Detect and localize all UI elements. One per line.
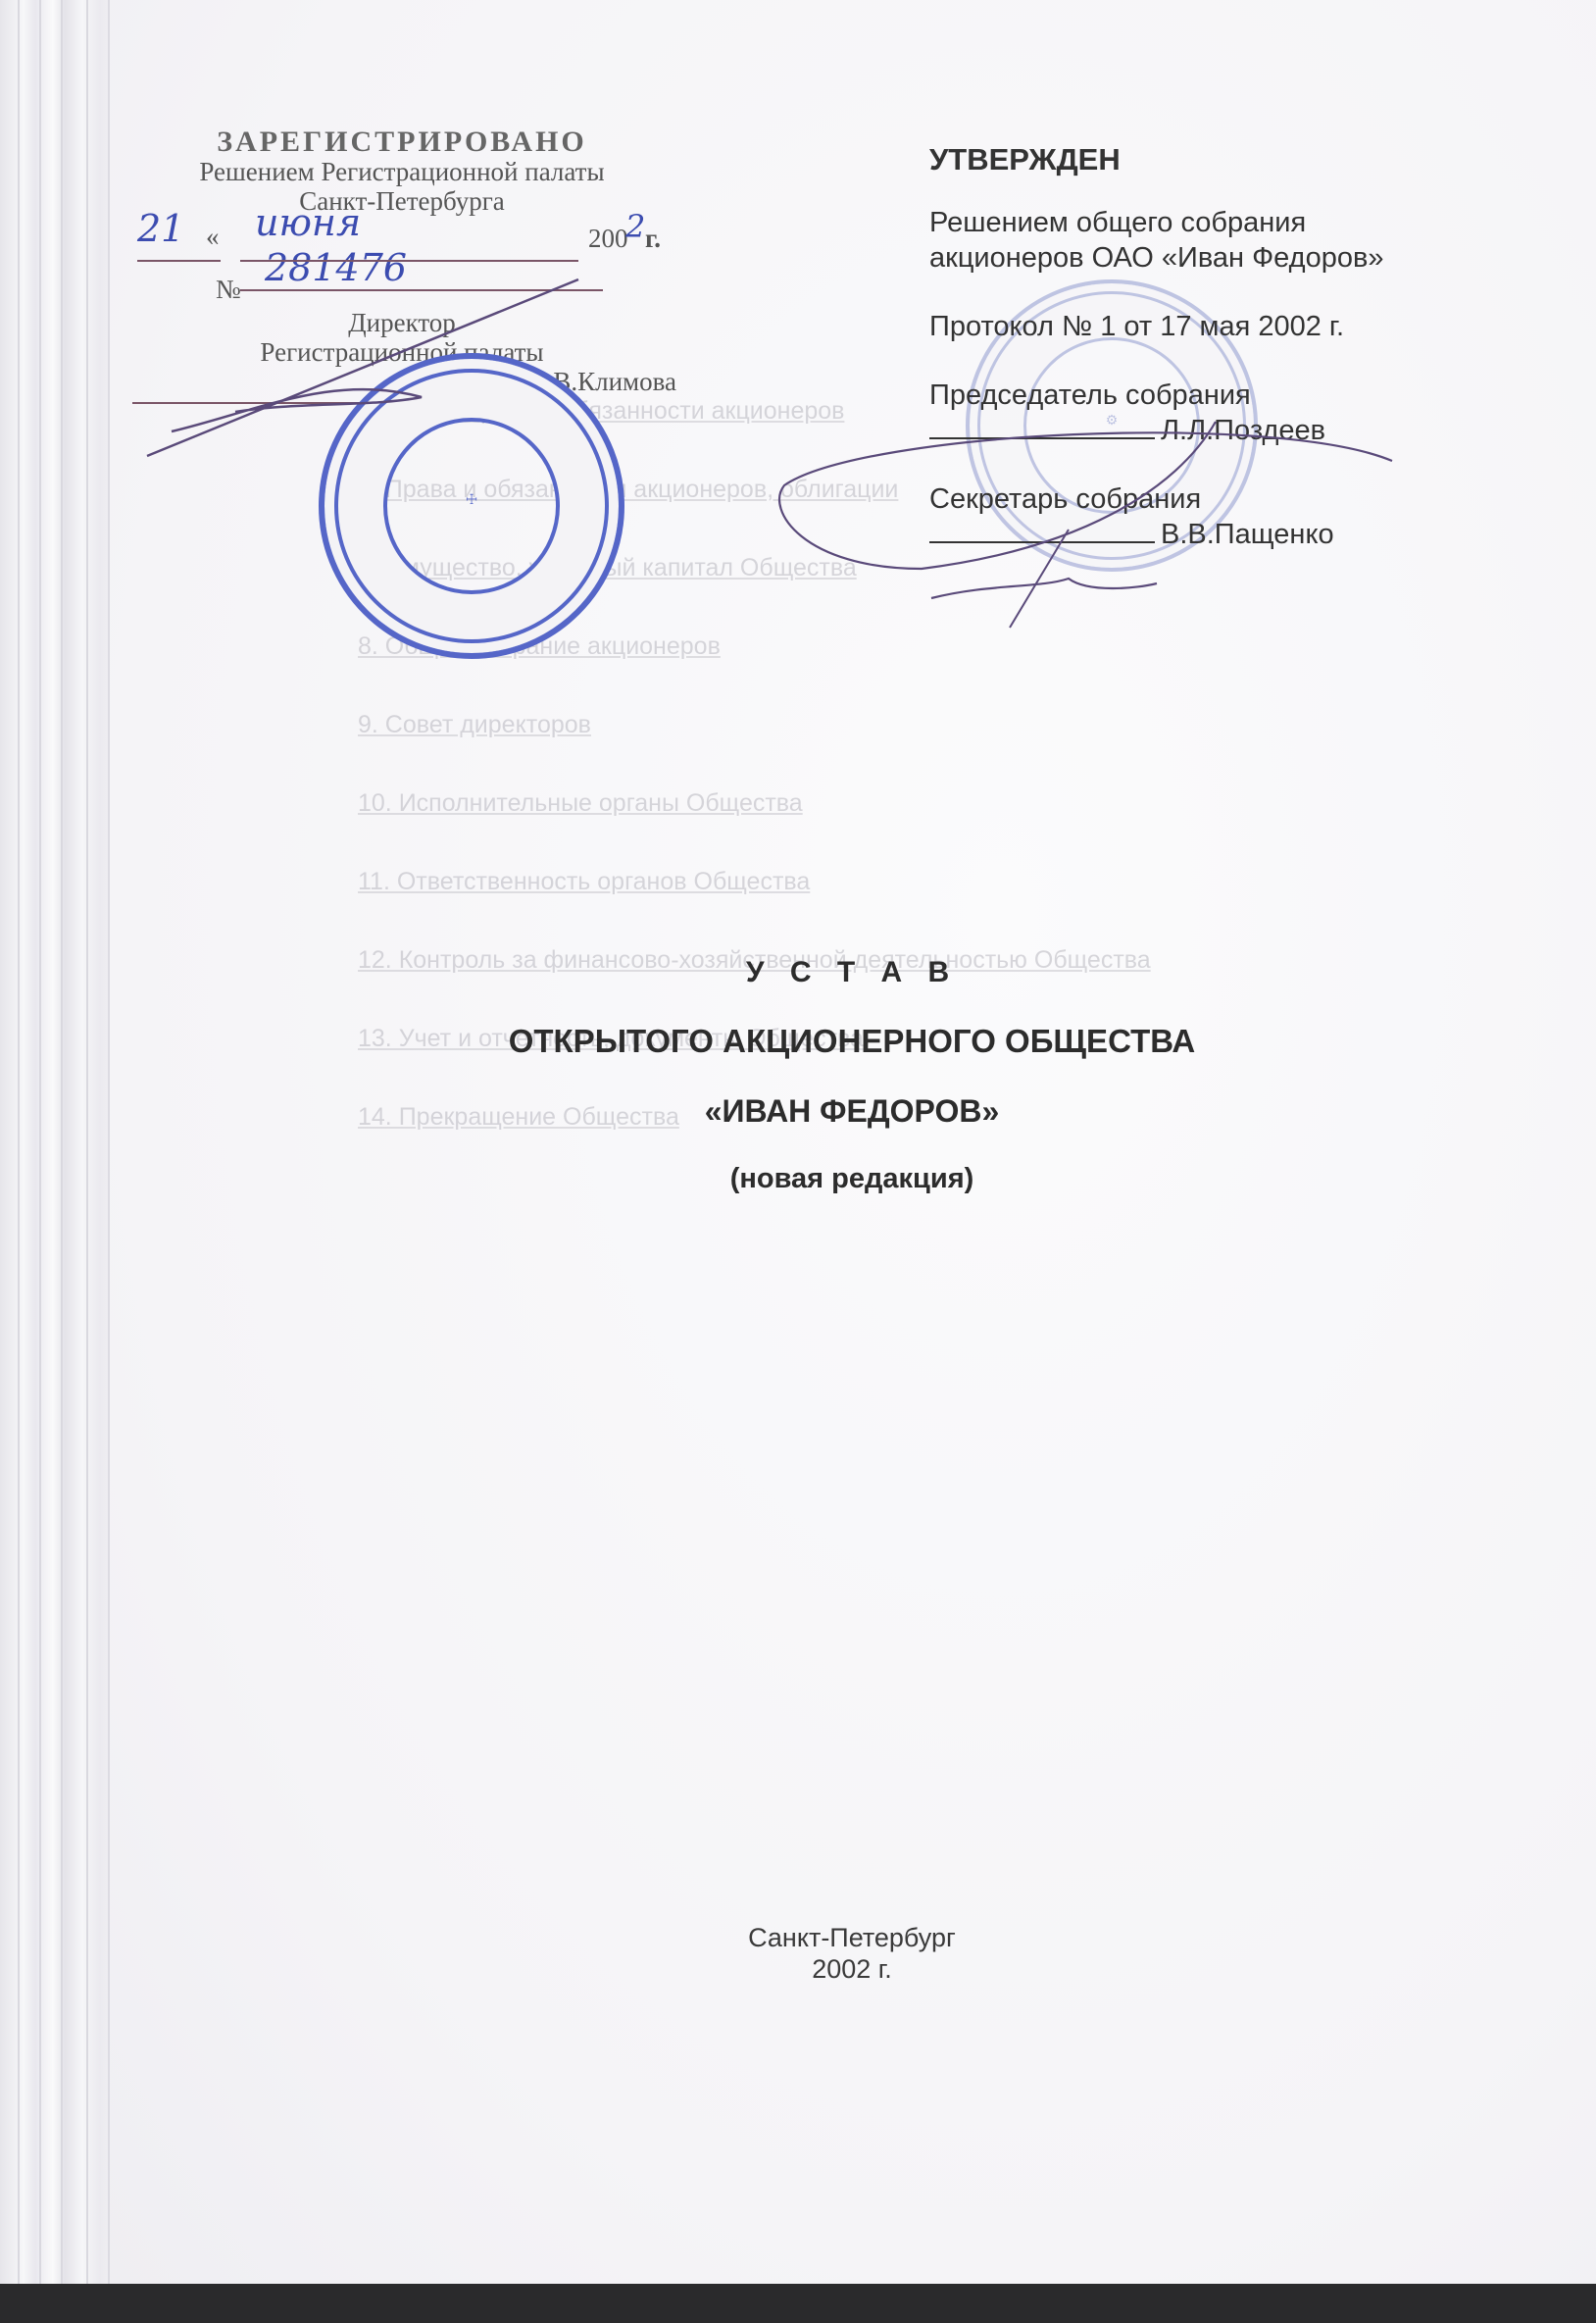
page-edge bbox=[39, 0, 41, 2323]
approval-line: Решением общего собрания bbox=[929, 207, 1306, 238]
number-underline bbox=[240, 289, 603, 291]
registration-chamber-stamp: ☩ bbox=[319, 353, 624, 659]
director-title: Директор bbox=[127, 308, 676, 337]
registration-number: № 281476 bbox=[127, 263, 676, 302]
page-edge bbox=[61, 0, 63, 2323]
approval-block: УТВЕРЖДЕН Решением общего собрания акцио… bbox=[929, 142, 1537, 585]
page-stack-edge bbox=[0, 0, 118, 2323]
handwritten-number: 281476 bbox=[265, 253, 407, 282]
ghost-toc-item: 9. Совет директоров bbox=[358, 711, 1485, 789]
month-underline bbox=[240, 260, 578, 262]
ghost-toc-item: 11. Ответственность органов Общества bbox=[358, 868, 1485, 946]
title-ustav: У С Т А В bbox=[108, 956, 1596, 989]
registration-block: ЗАРЕГИСТРИРОВАНО Решением Регистрационно… bbox=[127, 127, 676, 396]
footer: Санкт-Петербург 2002 г. bbox=[108, 1922, 1596, 1985]
registration-city: Санкт-Петербурга bbox=[127, 186, 676, 216]
page-edge bbox=[18, 0, 20, 2323]
registration-title: ЗАРЕГИСТРИРОВАНО bbox=[127, 127, 676, 157]
footer-city: Санкт-Петербург bbox=[108, 1922, 1596, 1953]
ghost-toc-item: 10. Исполнительные органы Общества bbox=[358, 789, 1485, 868]
charter-title: У С Т А В ОТКРЫТОГО АКЦИОНЕРНОГО ОБЩЕСТВ… bbox=[108, 956, 1596, 1229]
chair-signature-line bbox=[929, 437, 1155, 439]
chair-name: Л.Л.Поздеев bbox=[1161, 415, 1325, 446]
handwritten-year: 2 bbox=[625, 212, 645, 241]
page-edge bbox=[86, 0, 88, 2323]
title-company-type: ОТКРЫТОГО АКЦИОНЕРНОГО ОБЩЕСТВА bbox=[108, 1023, 1596, 1060]
secretary-signature-line bbox=[929, 541, 1155, 543]
chair-label: Председатель собрания bbox=[929, 379, 1251, 411]
date-underline bbox=[137, 260, 221, 262]
approval-heading: УТВЕРЖДЕН bbox=[929, 142, 1537, 177]
scan-bottom-edge bbox=[0, 2284, 1596, 2323]
protocol: Протокол № 1 от 17 мая 2002 г. bbox=[929, 309, 1537, 344]
handwritten-day: 21 bbox=[137, 214, 184, 243]
footer-year: 2002 г. bbox=[108, 1953, 1596, 1985]
secretary-label: Секретарь собрания bbox=[929, 483, 1201, 515]
handwritten-month: июня bbox=[255, 208, 361, 237]
year-prefix: 200 bbox=[588, 224, 628, 253]
approval-line: акционеров ОАО «Иван Федоров» bbox=[929, 242, 1384, 274]
registration-line: Решением Регистрационной палаты bbox=[127, 157, 676, 186]
title-edition: (новая редакция) bbox=[108, 1163, 1596, 1195]
stamp-eagle-icon: ☩ bbox=[324, 491, 619, 508]
director-org: Регистрационной палаты bbox=[127, 337, 676, 367]
title-company-name: «ИВАН ФЕДОРОВ» bbox=[108, 1093, 1596, 1130]
secretary-name: В.В.Пащенко bbox=[1161, 519, 1334, 550]
